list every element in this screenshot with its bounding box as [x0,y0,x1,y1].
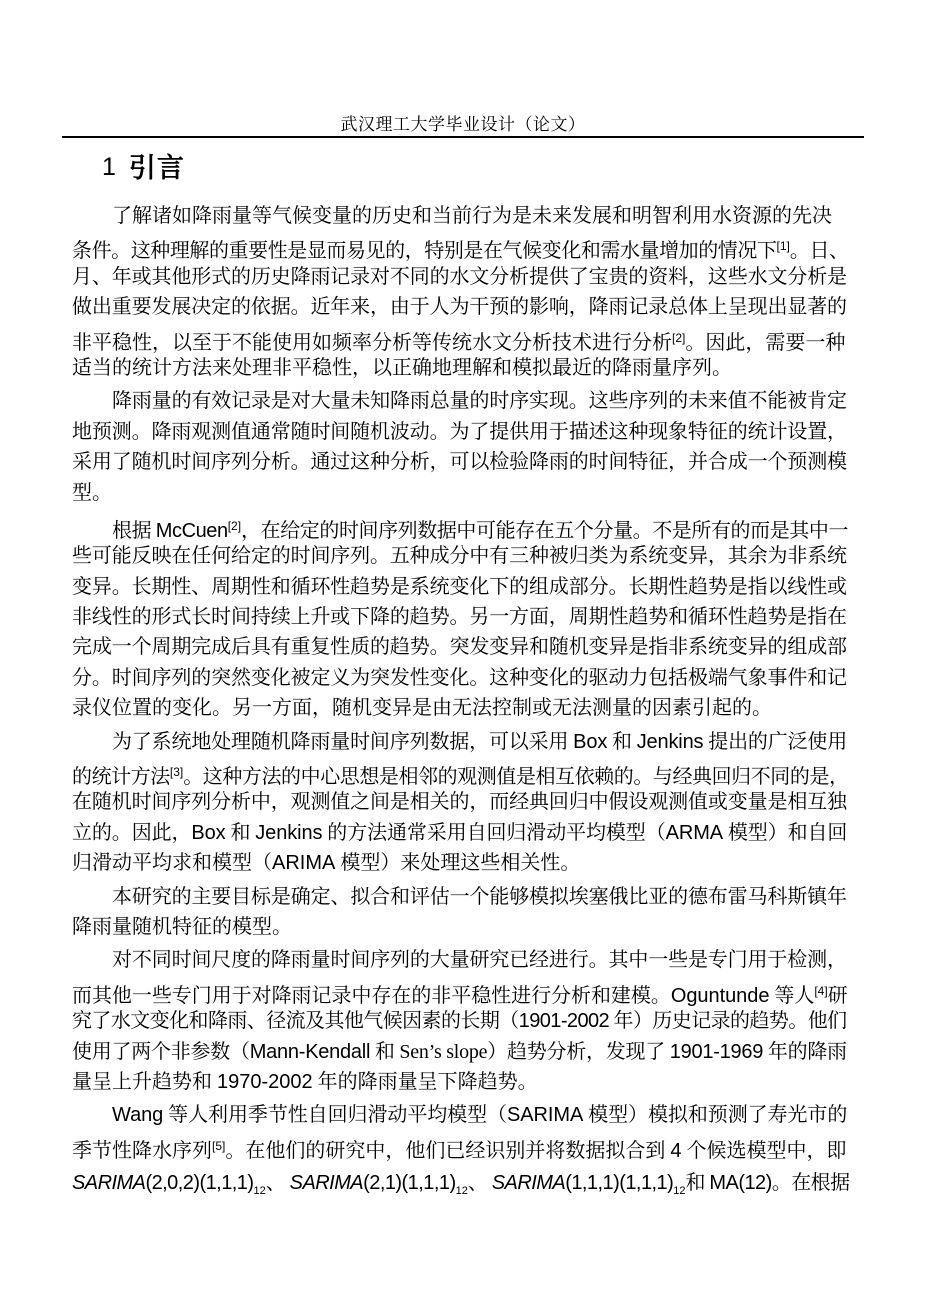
header-rule [62,136,864,138]
text-line: 条件。这种理解的重要性是显而易见的，特别是在气候变化和需水量增加的情况下[1]。… [72,231,847,261]
text-line: 采用了随机时间序列分析。通过这种分析，可以检验降雨的时间特征，并合成一个预测模 [72,447,847,477]
text-line: 分。时间序列的突然变化被定义为突发性变化。这种变化的驱动力包括极端气象事件和记 [72,663,847,693]
text-line: 立的。因此，Box 和 Jenkins 的方法通常采用自回归滑动平均模型（ARM… [72,818,847,848]
text-line: 降雨量的有效记录是对大量未知降雨总量的时序实现。这些序列的未来值不能被肯定 [72,386,847,416]
paragraph: 降雨量的有效记录是对大量未知降雨总量的时序实现。这些序列的未来值不能被肯定地预测… [72,386,847,508]
text-line: 些可能反映在任何给定的时间序列。五种成分中有三种被归类为系统变异，其余为非系统 [72,541,847,571]
document-page: 武汉理工大学毕业设计（论文） 1引言 了解诸如降雨量等气候变量的历史和当前行为是… [0,0,926,1309]
text-line: 究了水文变化和降雨、径流及其他气候因素的长期（1901-2002 年）历史记录的… [72,1006,847,1036]
text-line: 降雨量随机特征的模型。 [72,912,847,942]
text-line: 型。 [72,478,847,508]
text-line: 使用了两个非参数（Mann-Kendall 和 Sen’s slope）趋势分析… [72,1037,847,1067]
text-line: 非线性的形式长时间持续上升或下降的趋势。另一方面，周期性趋势和循环性趋势是指在 [72,602,847,632]
paragraph: 了解诸如降雨量等气候变量的历史和当前行为是未来发展和明智利用水资源的先决条件。这… [72,201,847,383]
text-line: 季节性降水序列[5]。在他们的研究中，他们已经识别并将数据拟合到 4 个候选模型… [72,1131,847,1161]
section-title: 引言 [129,153,185,183]
text-line: 适当的统计方法来处理非平稳性，以正确地理解和模拟最近的降雨量序列。 [72,353,847,383]
text-line: 归滑动平均求和模型（ARIMA 模型）来处理这些相关性。 [72,848,847,878]
text-line: 非平稳性，以至于不能使用如频率分析等传统水文分析技术进行分析[2]。因此，需要一… [72,323,847,353]
text-line: 了解诸如降雨量等气候变量的历史和当前行为是未来发展和明智利用水资源的先决 [72,201,847,231]
paragraph: 对不同时间尺度的降雨量时间序列的大量研究已经进行。其中一些是专门用于检测，而其他… [72,945,847,1097]
text-line: 完成一个周期完成后具有重复性质的趋势。突发变异和随机变异是指非系统变异的组成部 [72,632,847,662]
text-line: 月、年或其他形式的历史降雨记录对不同的水文分析提供了宝贵的资料，这些水文分析是 [72,262,847,292]
section-number: 1 [102,153,116,181]
text-line: 地预测。降雨观测值通常随时间随机波动。为了提供用于描述这种现象特征的统计设置， [72,417,847,447]
paragraph: 为了系统地处理随机降雨量时间序列数据，可以采用 Box 和 Jenkins 提出… [72,727,847,879]
paragraph: 本研究的主要目标是确定、拟合和评估一个能够模拟埃塞俄比亚的德布雷马科斯镇年降雨量… [72,882,847,943]
document-body: 了解诸如降雨量等气候变量的历史和当前行为是未来发展和明智利用水资源的先决条件。这… [72,201,847,1199]
text-line: 对不同时间尺度的降雨量时间序列的大量研究已经进行。其中一些是专门用于检测， [72,945,847,975]
page-header-title: 武汉理工大学毕业设计（论文） [0,110,926,135]
text-line: 录仪位置的变化。另一方面，随机变异是由无法控制或无法测量的因素引起的。 [72,693,847,723]
text-line: 变异。长期性、周期性和循环性趋势是系统变化下的组成部分。长期性趋势是指以线性或 [72,572,847,602]
section-heading: 1引言 [102,146,185,185]
paragraph: Wang 等人利用季节性自回归滑动平均模型（SARIMA 模型）模拟和预测了寿光… [72,1100,847,1198]
text-line: 而其他一些专门用于对降雨记录中存在的非平稳性进行分析和建模。Oguntunde … [72,976,847,1006]
text-line: 做出重要发展决定的依据。近年来，由于人为干预的影响，降雨记录总体上呈现出显著的 [72,292,847,322]
text-line: Wang 等人利用季节性自回归滑动平均模型（SARIMA 模型）模拟和预测了寿光… [72,1100,847,1130]
text-line: 的统计方法[3]。这种方法的中心思想是相邻的观测值是相互依赖的。与经典回归不同的… [72,757,847,787]
text-line: SARIMA(2,0,2)(1,1,1)12、 SARIMA(2,1)(1,1,… [72,1168,847,1198]
text-line: 在随机时间序列分析中，观测值之间是相关的，而经典回归中假设观测值或变量是相互独 [72,787,847,817]
paragraph: 根据 McCuen[2]，在给定的时间序列数据中可能存在五个分量。不是所有的而是… [72,511,847,724]
text-line: 为了系统地处理随机降雨量时间序列数据，可以采用 Box 和 Jenkins 提出… [72,727,847,757]
text-line: 量呈上升趋势和 1970-2002 年的降雨量呈下降趋势。 [72,1067,847,1097]
text-line: 根据 McCuen[2]，在给定的时间序列数据中可能存在五个分量。不是所有的而是… [72,511,847,541]
text-line: 本研究的主要目标是确定、拟合和评估一个能够模拟埃塞俄比亚的德布雷马科斯镇年 [72,882,847,912]
